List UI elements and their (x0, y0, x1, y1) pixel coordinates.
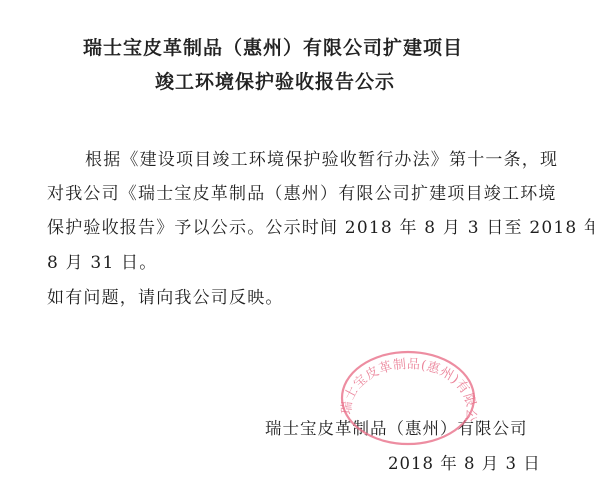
document-title-line-1: 瑞士宝皮革制品（惠州）有限公司扩建项目 (0, 33, 570, 60)
body-line-1: 根据《建设项目竣工环境保护验收暂行办法》第十一条，现 (85, 145, 558, 170)
signature-company: 瑞士宝皮革制品（惠州）有限公司 (265, 415, 528, 439)
stamp-text: 瑞士宝皮革制品(惠州)有限公司 (338, 346, 478, 423)
svg-text:瑞士宝皮革制品(惠州)有限公司: 瑞士宝皮革制品(惠州)有限公司 (338, 346, 478, 423)
body-line-5: 如有问题，请向我公司反映。 (47, 283, 284, 308)
signature-date: 2018 年 8 月 3 日 (388, 450, 541, 474)
document-title-line-2: 竣工环境保护验收报告公示 (0, 67, 572, 94)
body-line-4: 8 月 31 日。 (47, 248, 157, 273)
body-line-3: 保护验收报告》予以公示。公示时间 2018 年 8 月 3 日至 2018 年 (47, 213, 594, 238)
body-line-2: 对我公司《瑞士宝皮革制品（惠州）有限公司扩建项目竣工环境 (47, 179, 557, 204)
